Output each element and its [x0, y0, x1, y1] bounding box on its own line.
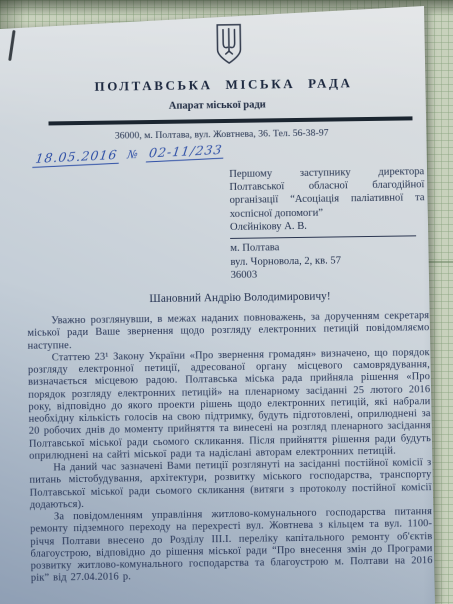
body-paragraph: Уважно розглянувши, в межах наданих повн… [27, 310, 429, 352]
letter-sheet-wrapper: ПОЛТАВСЬКА МІСЬКА РАДА Апарат міської ра… [0, 0, 453, 604]
body-paragraph: За повідомленням управління житлово-кому… [30, 506, 433, 585]
organization-subtitle: Апарат міської ради [0, 97, 437, 114]
recipient-line: організації “Асоціація паліативної та [230, 192, 425, 208]
body-paragraph: На даний час зазначені Вами петиції розг… [29, 457, 432, 512]
recipient-divider [230, 235, 416, 239]
letter-body: Уважно розглянувши, в межах наданих повн… [27, 310, 433, 585]
trident-emblem-icon [214, 23, 244, 65]
recipient-name: Олєйнікову А. В. [230, 218, 425, 234]
staple-mark [8, 30, 15, 61]
registration-line: 18.05.2016 № 02-11/233 [33, 142, 226, 166]
letterhead-divider [48, 116, 412, 125]
letter-sheet: ПОЛТАВСЬКА МІСЬКА РАДА Апарат міської ра… [0, 0, 453, 604]
salutation: Шановний Андрію Володимировичу! [60, 289, 420, 306]
recipient-postcode: 36003 [231, 266, 426, 282]
registration-number: 02-11/233 [146, 142, 226, 163]
document-photo: ПОЛТАВСЬКА МІСЬКА РАДА Апарат міської ра… [0, 0, 453, 604]
organization-title: ПОЛТАВСЬКА МІСЬКА РАДА [0, 74, 450, 96]
letterhead-contact-line: 36000, м. Полтава, вул. Жовтнева, 36. Те… [0, 126, 446, 143]
letter-content: ПОЛТАВСЬКА МІСЬКА РАДА Апарат міської ра… [0, 0, 453, 604]
number-sign: № [127, 148, 140, 162]
body-paragraph: Статтею 23¹ Закону України «Про зверненн… [28, 347, 432, 463]
recipient-block: Першому заступнику директора Полтавської… [229, 165, 426, 283]
registration-date: 18.05.2016 [32, 147, 120, 168]
